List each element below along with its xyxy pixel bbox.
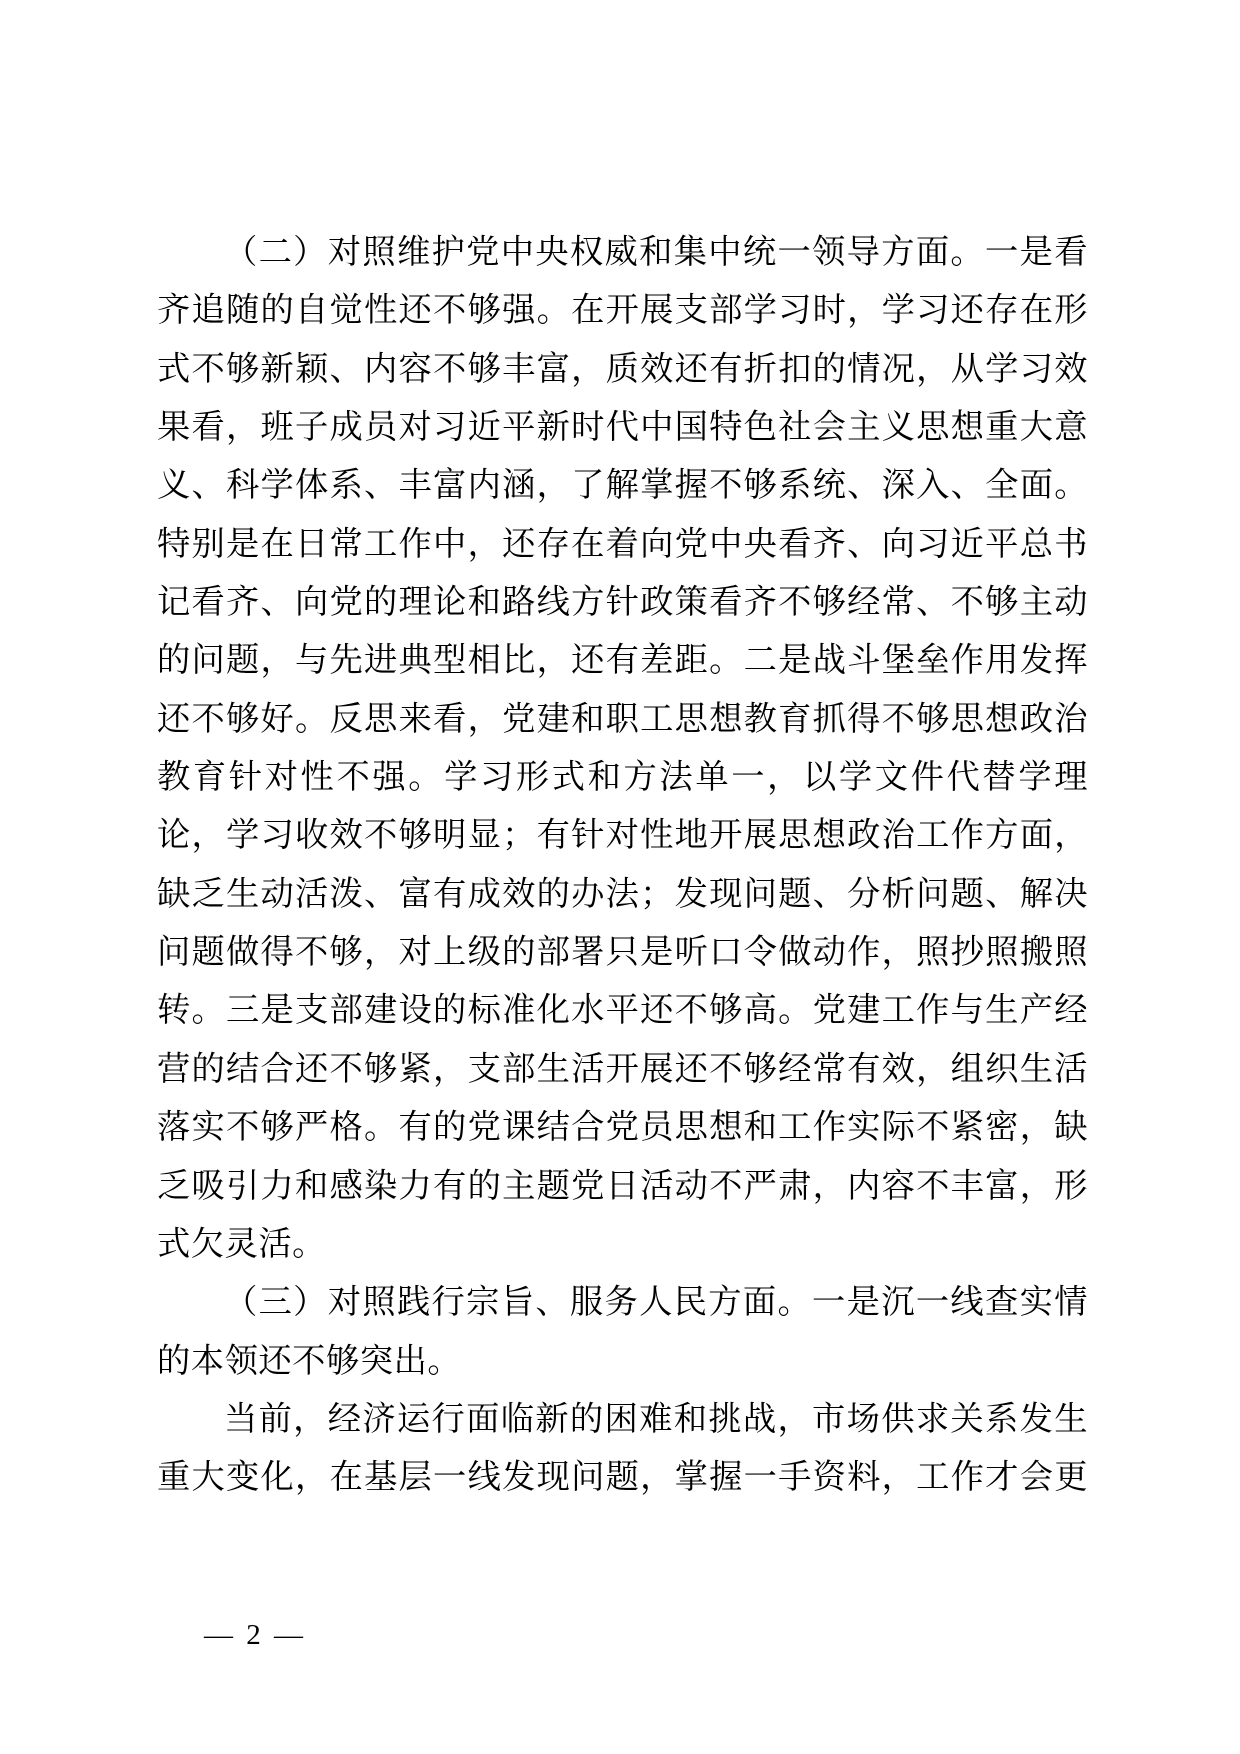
text-line: 重大变化，在基层一线发现问题，掌握一手资料，工作才会更 xyxy=(157,1449,1088,1507)
text-line: 缺乏生动活泼、富有成效的办法；发现问题、分析问题、解决 xyxy=(157,866,1088,924)
text-line: 问题做得不够，对上级的部署只是听口令做动作，照抄照搬照 xyxy=(157,924,1088,982)
text-line: 记看齐、向党的理论和路线方针政策看齐不够经常、不够主动 xyxy=(157,574,1088,632)
document-text-block: （二）对照维护党中央权威和集中统一领导方面。一是看齐追随的自觉性还不够强。在开展… xyxy=(157,224,1088,1508)
text-line: 齐追随的自觉性还不够强。在开展支部学习时，学习还存在形 xyxy=(157,282,1088,340)
text-line: 还不够好。反思来看，党建和职工思想教育抓得不够思想政治 xyxy=(157,691,1088,749)
text-line: 式欠灵活。 xyxy=(157,1216,1088,1274)
text-line: 营的结合还不够紧，支部生活开展还不够经常有效，组织生活 xyxy=(157,1041,1088,1099)
text-line: 转。三是支部建设的标准化水平还不够高。党建工作与生产经 xyxy=(157,982,1088,1040)
text-line: 特别是在日常工作中，还存在着向党中央看齐、向习近平总书 xyxy=(157,516,1088,574)
text-line: 当前，经济运行面临新的困难和挑战，市场供求关系发生 xyxy=(157,1391,1088,1449)
text-line: （三）对照践行宗旨、服务人民方面。一是沉一线查实情 xyxy=(157,1274,1088,1332)
text-line: 果看，班子成员对习近平新时代中国特色社会主义思想重大意 xyxy=(157,399,1088,457)
text-line: 乏吸引力和感染力有的主题党日活动不严肃，内容不丰富，形 xyxy=(157,1158,1088,1216)
text-line: 的问题，与先进典型相比，还有差距。二是战斗堡垒作用发挥 xyxy=(157,632,1088,690)
text-line: 落实不够严格。有的党课结合党员思想和工作实际不紧密，缺 xyxy=(157,1099,1088,1157)
text-line: 式不够新颖、内容不够丰富，质效还有折扣的情况，从学习效 xyxy=(157,341,1088,399)
text-line: （二）对照维护党中央权威和集中统一领导方面。一是看 xyxy=(157,224,1088,282)
text-line: 义、科学体系、丰富内涵，了解掌握不够系统、深入、全面。 xyxy=(157,457,1088,515)
text-line: 教育针对性不强。学习形式和方法单一，以学文件代替学理 xyxy=(157,749,1088,807)
page-number: — 2 — xyxy=(204,1615,306,1655)
text-line: 的本领还不够突出。 xyxy=(157,1333,1088,1391)
text-line: 论，学习收效不够明显；有针对性地开展思想政治工作方面， xyxy=(157,807,1088,865)
document-page: （二）对照维护党中央权威和集中统一领导方面。一是看齐追随的自觉性还不够强。在开展… xyxy=(0,0,1240,1754)
